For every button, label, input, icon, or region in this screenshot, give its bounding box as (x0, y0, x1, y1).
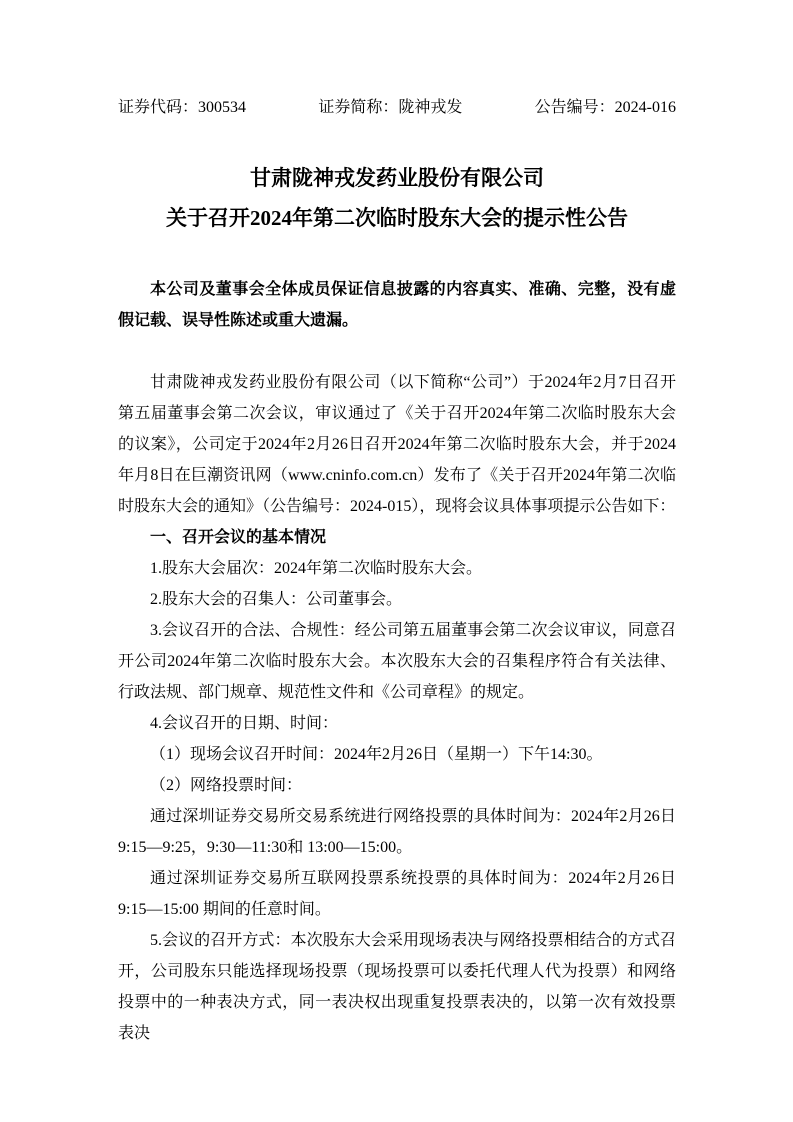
company-name-title: 甘肃陇神戎发药业股份有限公司 (118, 158, 676, 198)
list-item: 5.会议的召开方式：本次股东大会采用现场表决与网络投票相结合的方式召开，公司股东… (118, 925, 676, 1049)
list-item: （1）现场会议召开时间：2024年2月26日（星期一）下午14:30。 (118, 739, 676, 770)
stock-abbr: 证券简称：陇神戎发 (318, 92, 462, 123)
list-item: （2）网络投票时间： (118, 770, 676, 801)
section-heading-1: 一、召开会议的基本情况 (118, 522, 676, 553)
list-item: 1.股东大会届次：2024年第二次临时股东大会。 (118, 553, 676, 584)
list-item: 4.会议召开的日期、时间： (118, 708, 676, 739)
announcement-number: 公告编号：2024-016 (535, 92, 676, 123)
list-item: 通过深圳证券交易所互联网投票系统投票的具体时间为：2024年2月26日9:15—… (118, 863, 676, 925)
disclaimer-statement: 本公司及董事会全体成员保证信息披露的内容真实、准确、完整，没有虚假记载、误导性陈… (118, 274, 676, 336)
document-header: 证券代码：300534 证券简称：陇神戎发 公告编号：2024-016 (118, 92, 676, 123)
list-item: 2.股东大会的召集人：公司董事会。 (118, 584, 676, 615)
announcement-title: 关于召开2024年第二次临时股东大会的提示性公告 (118, 198, 676, 238)
document-body: 甘肃陇神戎发药业股份有限公司（以下简称“公司”）于2024年2月7日召开第五届董… (118, 367, 676, 1049)
title-block: 甘肃陇神戎发药业股份有限公司 关于召开2024年第二次临时股东大会的提示性公告 (118, 158, 676, 238)
intro-paragraph: 甘肃陇神戎发药业股份有限公司（以下简称“公司”）于2024年2月7日召开第五届董… (118, 367, 676, 522)
stock-code: 证券代码：300534 (118, 92, 246, 123)
list-item: 3.会议召开的合法、合规性：经公司第五届董事会第二次会议审议，同意召开公司202… (118, 615, 676, 708)
document-page: 证券代码：300534 证券简称：陇神戎发 公告编号：2024-016 甘肃陇神… (0, 0, 793, 1122)
list-item: 通过深圳证券交易所交易系统进行网络投票的具体时间为：2024年2月26日9:15… (118, 801, 676, 863)
